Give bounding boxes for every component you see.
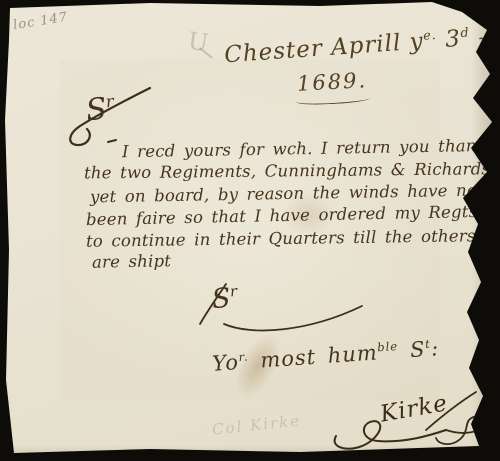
dateline: Chester Aprill ye. 3d —	[223, 22, 500, 68]
body-line: been faire so that I have ordered my Reg…	[86, 202, 483, 229]
dateline-place: Chester Aprill y	[223, 28, 424, 68]
closing-sup-ble: ble	[377, 339, 399, 354]
bottom-pencil-note: Col Kirke	[211, 411, 302, 438]
body-line: are shipt	[92, 251, 171, 271]
closing-most-hum: most hum	[248, 340, 378, 373]
scanned-letter: loc 147 U Chester Aprill ye. 3d — 1689. …	[0, 0, 500, 461]
subscription-sir: Sr	[211, 282, 239, 315]
year-underline	[296, 94, 370, 106]
dateline-sup-e: e.	[423, 27, 438, 43]
closing-colon: :	[430, 336, 440, 361]
closing-s: S	[398, 337, 427, 363]
body-line: to continue in their Quarters till the o…	[86, 226, 476, 250]
salutation: Sr	[84, 91, 116, 129]
dateline-year: 1689.	[296, 68, 367, 96]
body-line: I recd yours for wch. I return you thank…	[122, 136, 500, 162]
dateline-day: 3	[436, 26, 462, 54]
letter-paper: loc 147 U Chester Aprill ye. 3d — 1689. …	[0, 0, 500, 461]
closing-yo: Yo	[211, 350, 239, 376]
dateline-dash: —	[469, 23, 500, 51]
subscription-sup: r	[229, 282, 238, 301]
body-line: the two Regiments, Cunninghams & Richard…	[84, 158, 500, 182]
catalog-pencil-note: loc 147	[12, 10, 69, 33]
closing-line: Yor. most humble St:	[211, 336, 440, 376]
